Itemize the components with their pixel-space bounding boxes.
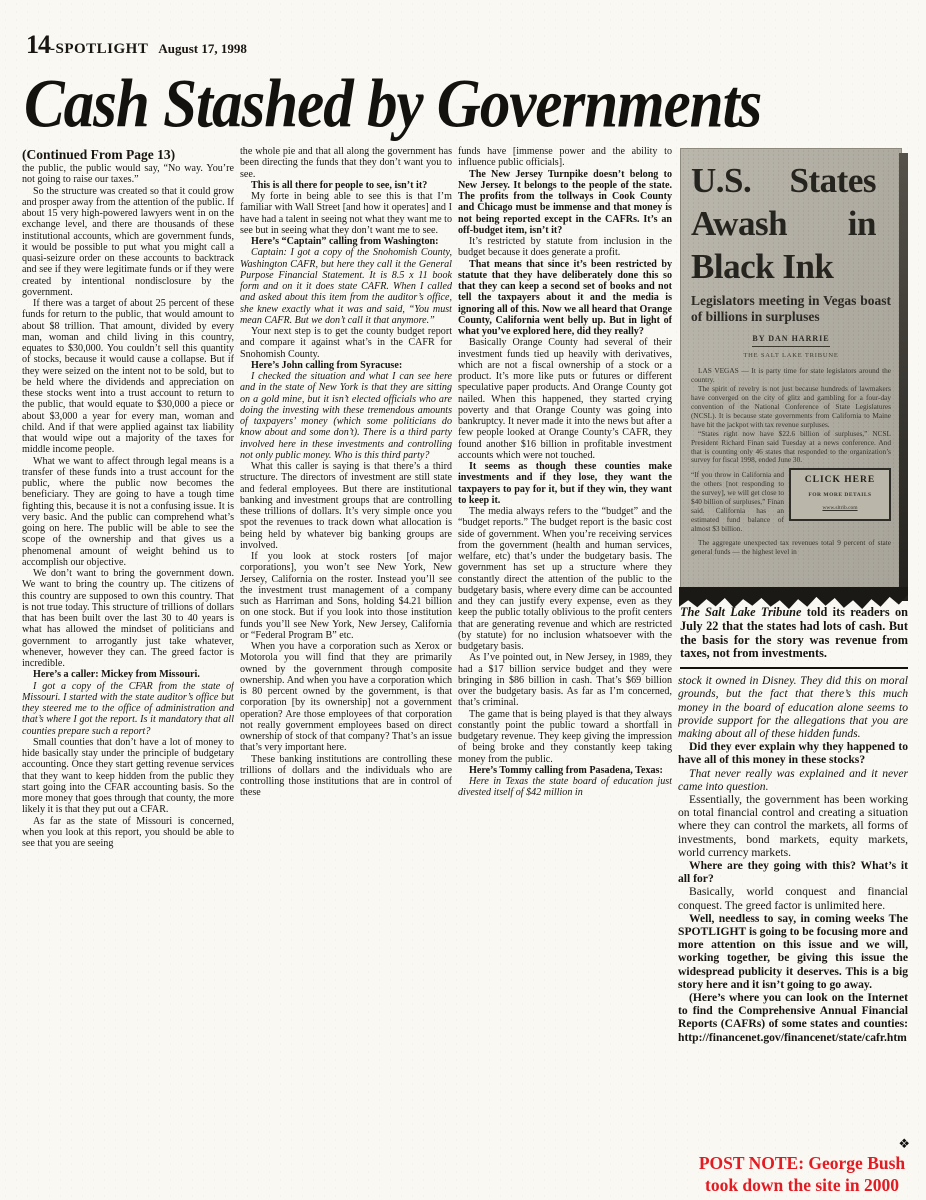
paragraph: Did they ever explain why they happened … [678,740,908,766]
paragraph: Here’s “Captain” calling from Washington… [240,236,452,247]
paragraph: the public, the public would say, “No wa… [22,163,234,186]
paragraph: Well, needless to say, in coming weeks T… [678,912,908,991]
paragraph: The spirit of revelry is not just becaus… [691,385,891,430]
paragraph: That never really was explained and it n… [678,767,908,793]
paragraph: LAS VEGAS — It is party time for state l… [691,367,891,385]
paragraph: That means that since it’s been restrict… [458,259,672,338]
paragraph: “States right now have $22.6 billion of … [691,430,891,466]
article-column-1: (Continued From Page 13)the public, the … [22,146,234,1198]
clipping-byline: BY DAN HARRIE [691,332,891,347]
paragraph: These banking institutions are controlli… [240,754,452,799]
newspaper-clipping: U.S. States Awash in Black Ink Legislato… [680,148,902,594]
article-column-3: funds have [immense power and the abilit… [458,146,672,1198]
paragraph: The media always refers to the “budget” … [458,506,672,652]
paragraph: Basically, world conquest and financial … [678,885,908,911]
paragraph: What we want to affect through legal mea… [22,456,234,569]
paragraph: funds have [immense power and the abilit… [458,146,672,169]
paragraph: Where are they going with this? What’s i… [678,859,908,885]
click-here-box: CLICK HERE FOR MORE DETAILS www.sltrib.c… [789,468,891,521]
clipping-wrap-row: “If you throw in California and the othe… [691,466,891,533]
clipping-caption: The Salt Lake Tribune told its readers o… [680,606,908,661]
paragraph: (Continued From Page 13) [22,146,234,163]
page-header: 14-SPOTLIGHTAugust 17, 1998 [26,30,247,60]
paragraph: Small counties that don’t have a lot of … [22,737,234,816]
article-headline: Cash Stashed by Governments [24,66,914,144]
caption-source-name: The Salt Lake Tribune [680,605,801,619]
paragraph: stock it owned in Disney. They did this … [678,674,908,740]
paragraph: When you have a corporation such as Xero… [240,641,452,754]
paragraph: Here’s Tommy calling from Pasadena, Texa… [458,765,672,776]
paragraph: Essentially, the government has been wor… [678,793,908,859]
article-column-4-text: stock it owned in Disney. They did this … [678,674,908,1044]
paragraph: As I’ve pointed out, in New Jersey, in 1… [458,652,672,708]
paragraph: I checked the situation and what I can s… [240,371,452,461]
paragraph: (Here’s where you can look on the Intern… [678,991,908,1044]
paragraph: Captain: I got a copy of the Snohomish C… [240,247,452,326]
more-details-label: FOR MORE DETAILS [793,489,887,502]
paragraph: It’s restricted by statute from inclusio… [458,236,672,259]
paragraph: Here’s John calling from Syracuse: [240,360,452,371]
clipping-headline: U.S. States Awash in Black Ink [691,159,876,288]
clipping-body-bottom: The aggregate unexpected tax revenues to… [691,539,891,557]
article-column-4: U.S. States Awash in Black Ink Legislato… [678,146,908,1198]
paragraph: Your next step is to get the county budg… [240,326,452,360]
clipping-source: THE SALT LAKE TRIBUNE [691,349,891,362]
paragraph: If there was a target of about 25 percen… [22,298,234,456]
paragraph: The New Jersey Turnpike doesn’t belong t… [458,169,672,237]
paragraph: So the structure was created so that it … [22,186,234,299]
clipping-body-top: LAS VEGAS — It is party time for state l… [691,367,891,465]
paragraph: Here’s a caller: Mickey from Missouri. [22,669,234,680]
clipping-wrap-paragraph: “If you throw in California and the othe… [691,471,784,533]
issue-date: August 17, 1998 [158,41,247,56]
newspaper-page: 14-SPOTLIGHTAugust 17, 1998 Cash Stashed… [0,0,926,1200]
paragraph: the whole pie and that all along the gov… [240,146,452,180]
paragraph: Basically Orange County had several of t… [458,337,672,461]
paragraph: It seems as though these counties make i… [458,461,672,506]
end-of-article-mark: ❖ [898,1136,910,1152]
post-note: POST NOTE: George Bush took down the sit… [684,1152,920,1196]
page-number: 14 [26,30,50,59]
post-note-line-1: POST NOTE: George Bush [684,1152,920,1174]
paragraph: The game that is being played is that th… [458,709,672,765]
paragraph: Here in Texas the state board of educati… [458,776,672,799]
paragraph: As far as the state of Missouri is conce… [22,816,234,850]
clipping-url: www.sltrib.com [793,502,887,515]
paragraph: What this caller is saying is that there… [240,461,452,551]
click-here-label: CLICK HERE [793,474,887,487]
clipping-shadow-edge [899,153,908,601]
paragraph: My forte in being able to see this is th… [240,191,452,236]
clipping-subhead: Legislators meeting in Vegas boast of bi… [691,293,891,325]
masthead: -SPOTLIGHT [50,41,148,57]
article-column-2: the whole pie and that all along the gov… [240,146,452,1198]
paragraph: If you look at stock rosters [of major c… [240,551,452,641]
paragraph: The aggregate unexpected tax revenues to… [691,539,891,557]
paragraph: I got a copy of the CFAR from the state … [22,681,234,737]
post-note-line-2: took down the site in 2000 [684,1174,920,1196]
paragraph: This is all there for people to see, isn… [240,180,452,191]
column-divider-rule [680,667,908,669]
paragraph: We don’t want to bring the government do… [22,568,234,669]
